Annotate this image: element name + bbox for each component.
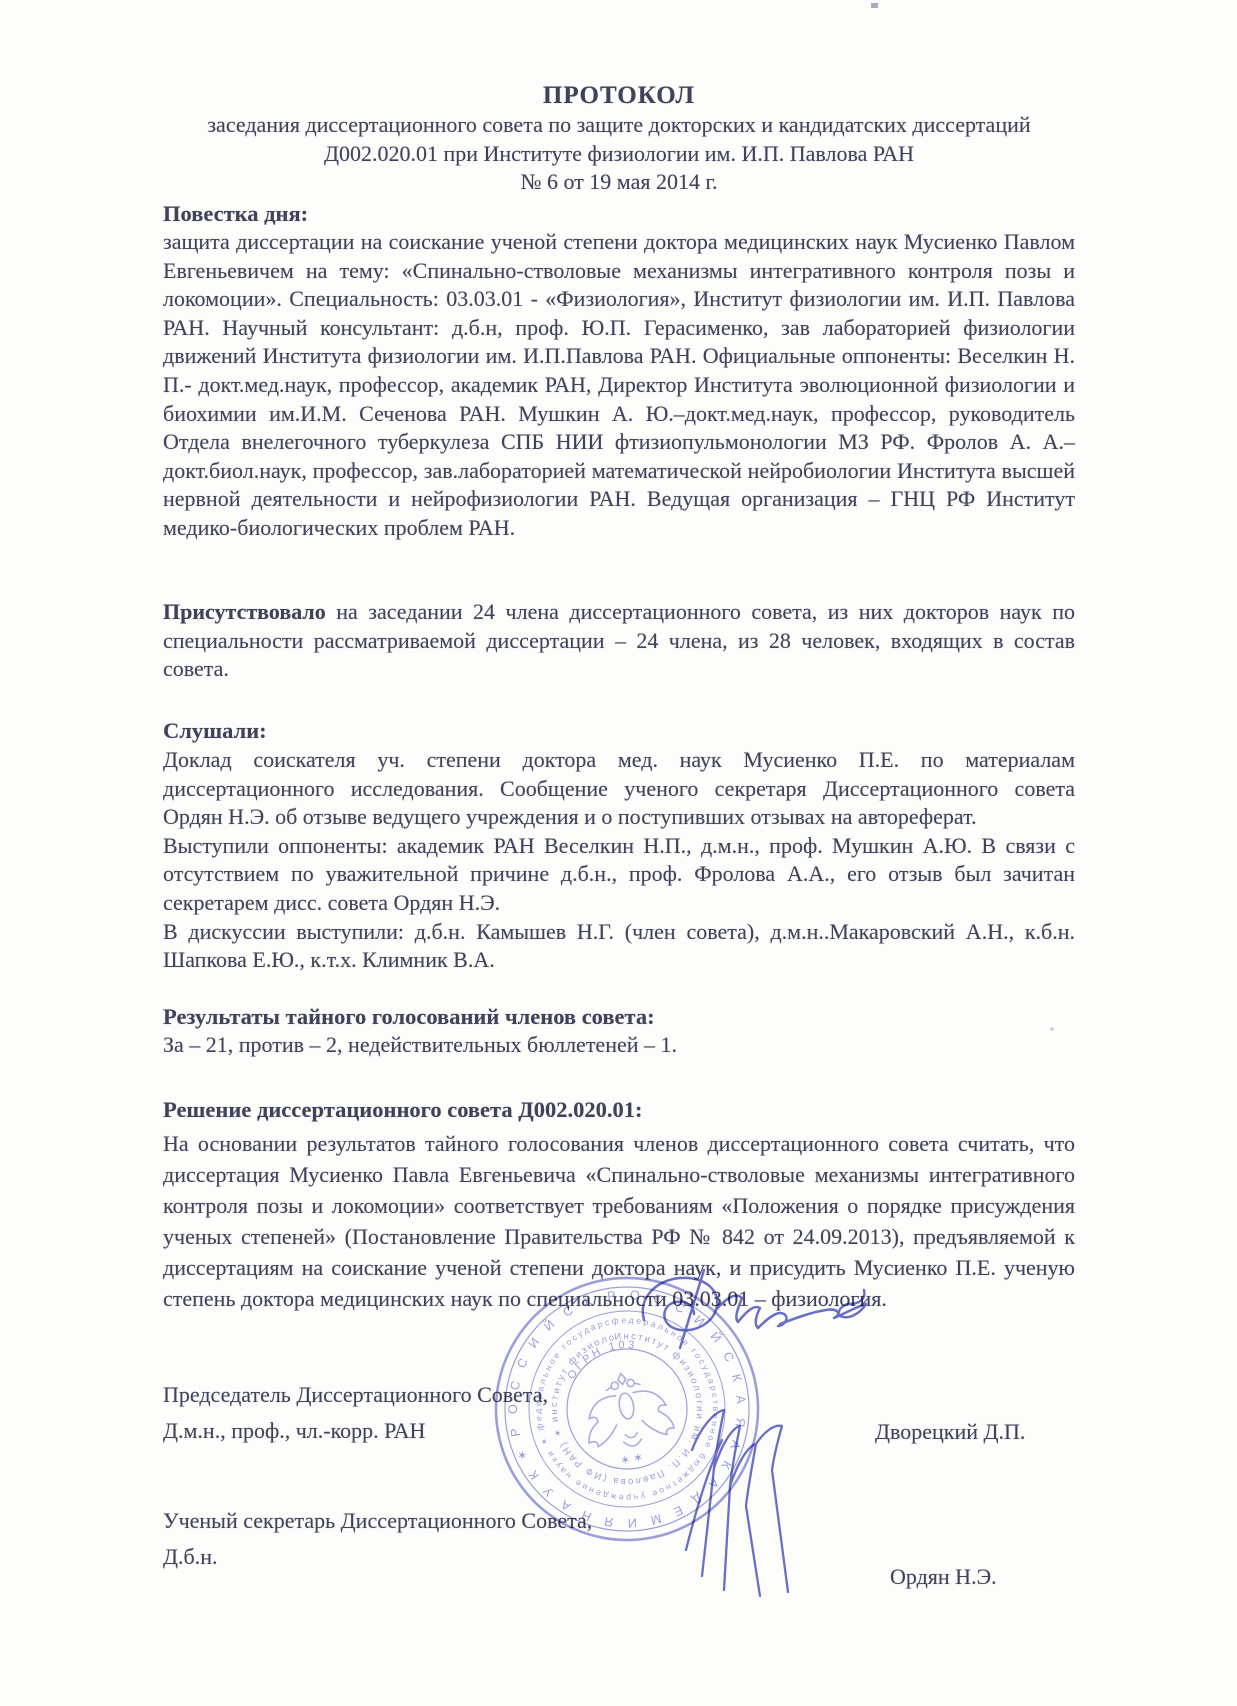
agenda-paragraph: защита диссертации на соискание ученой с… xyxy=(163,228,1075,543)
double-headed-eagle-icon xyxy=(578,1366,675,1453)
chairman-name: Дворецкий Д.П. xyxy=(875,1414,1025,1450)
heard-paragraph: Выступили оппоненты: академик РАН Веселк… xyxy=(163,832,1075,918)
subtitle-line: заседания диссертационного совета по защ… xyxy=(163,111,1075,140)
title-block: ПРОТОКОЛ заседания диссертационного сове… xyxy=(163,80,1075,197)
chairman-handwritten-signature xyxy=(628,1256,870,1358)
scanned-protocol-page: ПРОТОКОЛ заседания диссертационного сове… xyxy=(0,0,1237,1706)
agenda-heading: Повестка дня: xyxy=(163,199,1075,228)
scan-artifact xyxy=(871,3,878,8)
stamp-stars: ✶ ✶ xyxy=(619,1450,644,1468)
subtitle-line: № 6 от 19 мая 2014 г. xyxy=(163,168,1075,197)
voting-result-line: За – 21, против – 2, недействительных бю… xyxy=(163,1031,1075,1060)
voting-heading: Результаты тайного голосований членов со… xyxy=(163,1002,1075,1031)
decision-heading: Решение диссертационного совета Д002.020… xyxy=(163,1095,1075,1124)
heard-paragraph: В дискуссии выступили: д.б.н. Камышев Н.… xyxy=(163,918,1075,975)
secretary-handwritten-signature xyxy=(678,1378,850,1600)
subtitle-line: Д002.020.01 при Институте физиологии им.… xyxy=(163,140,1075,169)
attendance-paragraph: Присутствовало на заседании 24 члена дис… xyxy=(163,598,1075,684)
heard-heading: Слушали: xyxy=(163,716,1075,745)
attendance-lead: Присутствовало xyxy=(163,599,326,624)
heard-body: Доклад соискателя уч. степени доктора ме… xyxy=(163,746,1075,975)
document-title: ПРОТОКОЛ xyxy=(163,80,1075,111)
heard-paragraph: Доклад соискателя уч. степени доктора ме… xyxy=(163,746,1075,832)
secretary-name: Ордян Н.Э. xyxy=(890,1559,997,1595)
